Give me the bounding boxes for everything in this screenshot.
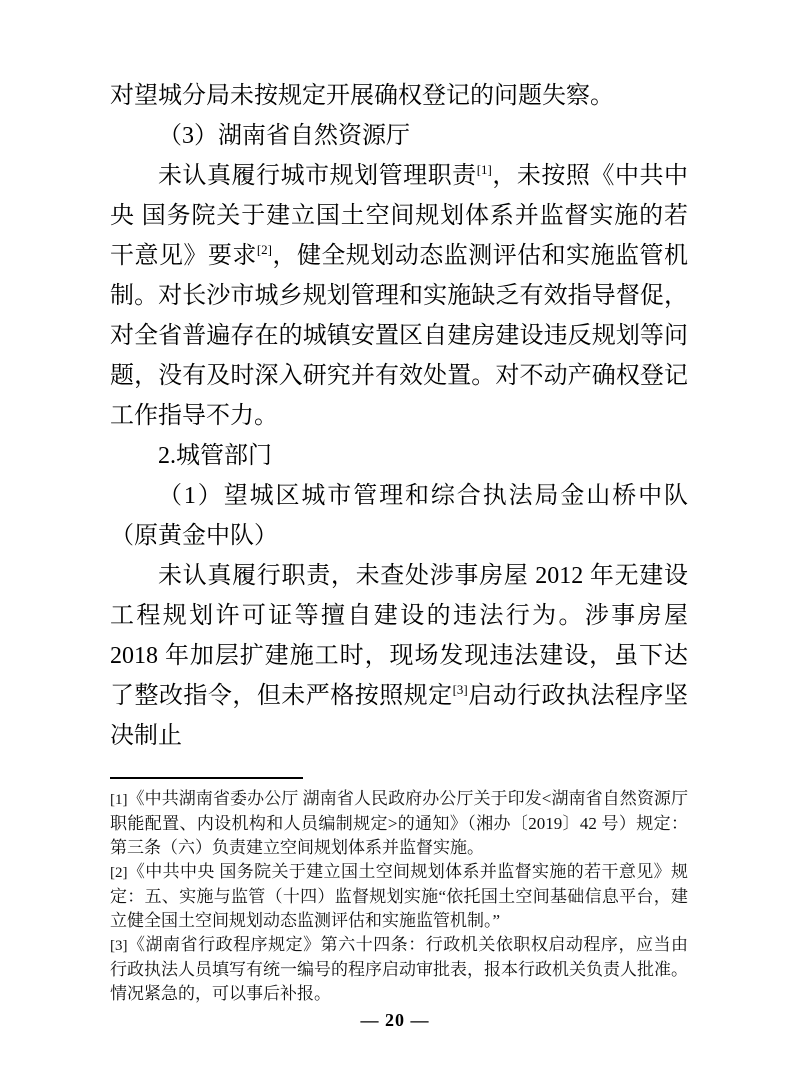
body-paragraph: 对望城分局未按规定开展确权登记的问题失察。 bbox=[110, 76, 688, 116]
footnote-item: [3]《湖南省行政程序规定》第六十四条：行政机关依职权启动程序，应当由行政执法人… bbox=[110, 933, 688, 1006]
body-paragraph: 未认真履行城市规划管理职责[1]，未按照《中共中央 国务院关于建立国土空间规划体… bbox=[110, 156, 688, 436]
footnote-marker: [2] bbox=[110, 865, 128, 881]
footnote-ref: [2] bbox=[257, 242, 272, 257]
footnote-item: [1]《中共湖南省委办公厅 湖南省人民政府办公厅关于印发<湖南省自然资源厅职能配… bbox=[110, 787, 688, 860]
footnote-item: [2]《中共中央 国务院关于建立国土空间规划体系并监督实施的若干意见》规定：五、… bbox=[110, 860, 688, 933]
footnote-ref: [3] bbox=[453, 682, 468, 697]
footnote-marker: [1] bbox=[110, 792, 128, 808]
footnote-marker: [3] bbox=[110, 938, 128, 954]
footnote-ref: [1] bbox=[477, 162, 492, 177]
footnotes: [1]《中共湖南省委办公厅 湖南省人民政府办公厅关于印发<湖南省自然资源厅职能配… bbox=[110, 787, 688, 1006]
document-page: 对望城分局未按规定开展确权登记的问题失察。（3）湖南省自然资源厅未认真履行城市规… bbox=[0, 0, 790, 1075]
footnote-divider bbox=[110, 777, 303, 779]
body-paragraph: （1）望城区城市管理和综合执法局金山桥中队（原黄金中队） bbox=[110, 476, 688, 556]
page-number: — 20 — bbox=[0, 1010, 790, 1031]
body-text: 对望城分局未按规定开展确权登记的问题失察。（3）湖南省自然资源厅未认真履行城市规… bbox=[110, 76, 688, 756]
body-paragraph: 未认真履行职责，未查处涉事房屋 2012 年无建设工程规划许可证等擅自建设的违法… bbox=[110, 556, 688, 756]
body-paragraph: （3）湖南省自然资源厅 bbox=[110, 116, 688, 156]
body-paragraph: 2.城管部门 bbox=[110, 436, 688, 476]
